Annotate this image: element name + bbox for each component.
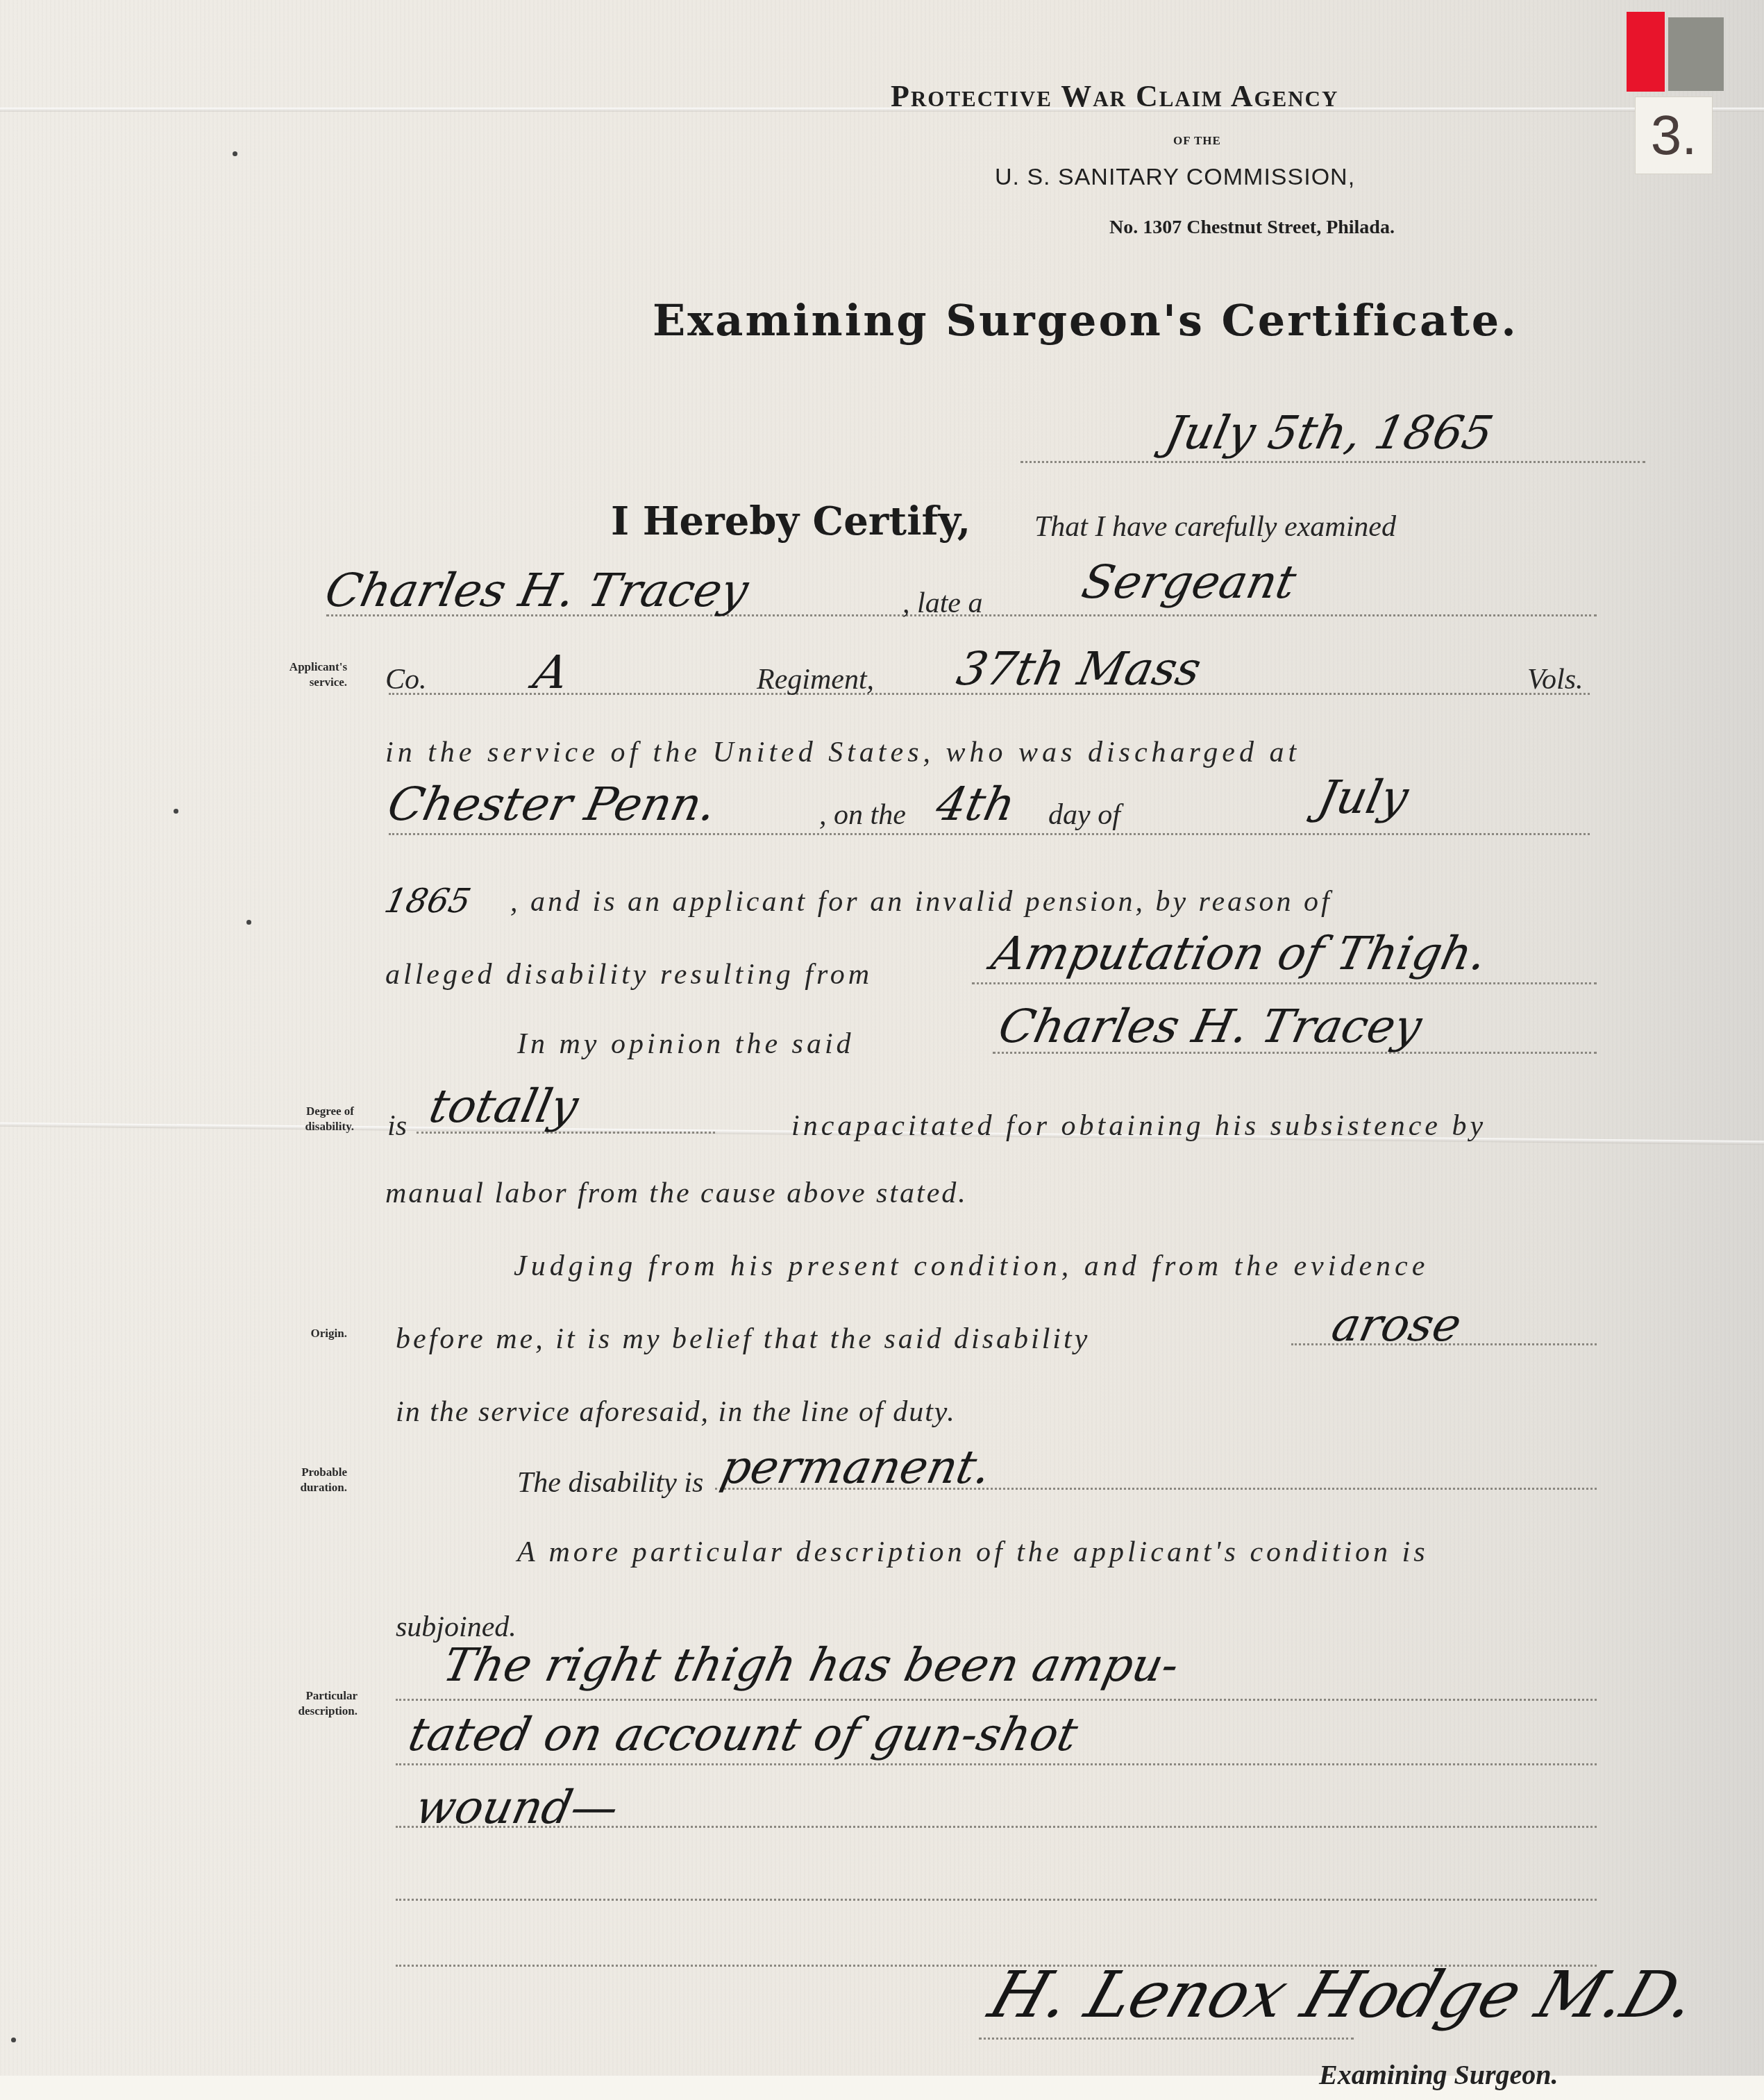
discharge-day: 4th <box>932 778 1020 831</box>
manual-labor-text: manual labor from the cause above stated… <box>385 1177 968 1210</box>
agency-address: No. 1307 Chestnut Street, Philada. <box>1109 217 1395 239</box>
description-line-2 <box>396 1763 1597 1765</box>
page-number-label: 3. <box>1635 96 1713 174</box>
applicant-text: , and is an applicant for an invalid pen… <box>510 885 1332 918</box>
paper-speck <box>233 151 237 156</box>
certify-heading: I Hereby Certify, <box>611 498 971 544</box>
more-particular-text: A more particular description of the app… <box>517 1536 1429 1569</box>
duration-value: permanent. <box>716 1440 996 1494</box>
incapacitated-text: incapacitated for obtaining his subsiste… <box>791 1109 1486 1143</box>
applicant-rank: Sergeant <box>1077 555 1301 609</box>
alleged-text: alleged disability resulting from <box>385 958 873 991</box>
certify-text: That I have carefully examined <box>1034 510 1396 544</box>
before-me-text: before me, it is my belief that the said… <box>396 1322 1090 1356</box>
margin-label-degree-of-disability: Degree ofdisability. <box>229 1104 354 1134</box>
late-a-text: , late a <box>902 587 982 620</box>
on-the-text: , on the <box>819 798 906 832</box>
vols-label: Vols. <box>1527 663 1584 696</box>
date-line <box>1020 461 1645 463</box>
red-index-tab <box>1627 12 1665 92</box>
opinion-text: In my opinion the said <box>517 1027 855 1061</box>
description-text-2: tated on account of gun-shot <box>404 1708 1082 1761</box>
degree-value: totally <box>425 1080 583 1133</box>
certificate-date: July 5th, 1865 <box>1161 406 1498 460</box>
discharge-year: 1865 <box>381 882 474 921</box>
discharge-line <box>389 833 1590 835</box>
paper-speck <box>174 809 178 814</box>
applicant-name: Charles H. Tracey <box>321 564 753 617</box>
disability-cause-line <box>972 982 1597 984</box>
examining-surgeon-label: Examining Surgeon. <box>1319 2058 1559 2091</box>
surgeon-signature: H. Lenox Hodge M.D. <box>981 1958 1706 2032</box>
judging-text: Judging from his present condition, and … <box>514 1250 1429 1283</box>
document-title: Examining Surgeon's Certificate. <box>653 295 1518 346</box>
description-text-3: wound— <box>411 1781 623 1834</box>
co-label: Co. <box>385 663 427 696</box>
opinion-applicant-name: Charles H. Tracey <box>994 1000 1427 1053</box>
margin-label-probable-duration: Probableduration. <box>222 1465 347 1495</box>
discharge-month: July <box>1313 771 1413 824</box>
disability-cause: Amputation of Thigh. <box>987 927 1492 980</box>
day-of-text: day of <box>1048 798 1120 832</box>
margin-label-applicants-service: Applicant'sservice. <box>222 660 347 690</box>
is-label: is <box>387 1109 407 1143</box>
in-service-text: in the service aforesaid, in the line of… <box>396 1395 956 1429</box>
agency-name: Protective War Claim Agency <box>891 78 1338 114</box>
signature-line <box>979 2038 1354 2040</box>
margin-label-particular-description: Particulardescription. <box>233 1688 358 1719</box>
fold-crease <box>0 108 1764 112</box>
discharge-place: Chester Penn. <box>383 778 721 831</box>
origin-value: arose <box>1327 1298 1466 1352</box>
commission-name: U. S. SANITARY COMMISSION, <box>995 164 1355 191</box>
regiment-label: Regiment, <box>757 663 874 696</box>
disability-is-text: The disability is <box>517 1466 703 1500</box>
regiment-value: 37th Mass <box>952 642 1206 696</box>
paper-speck <box>246 920 251 925</box>
description-line-4 <box>396 1899 1597 1901</box>
service-text: in the service of the United States, who… <box>385 736 1300 769</box>
description-line-1 <box>396 1699 1597 1701</box>
margin-label-origin: Origin. <box>222 1326 347 1341</box>
paper-speck <box>11 2038 16 2042</box>
grey-index-tab <box>1668 17 1724 91</box>
of-the-text: OF THE <box>1173 134 1221 148</box>
description-text-1: The right thigh has been ampu- <box>439 1638 1184 1692</box>
